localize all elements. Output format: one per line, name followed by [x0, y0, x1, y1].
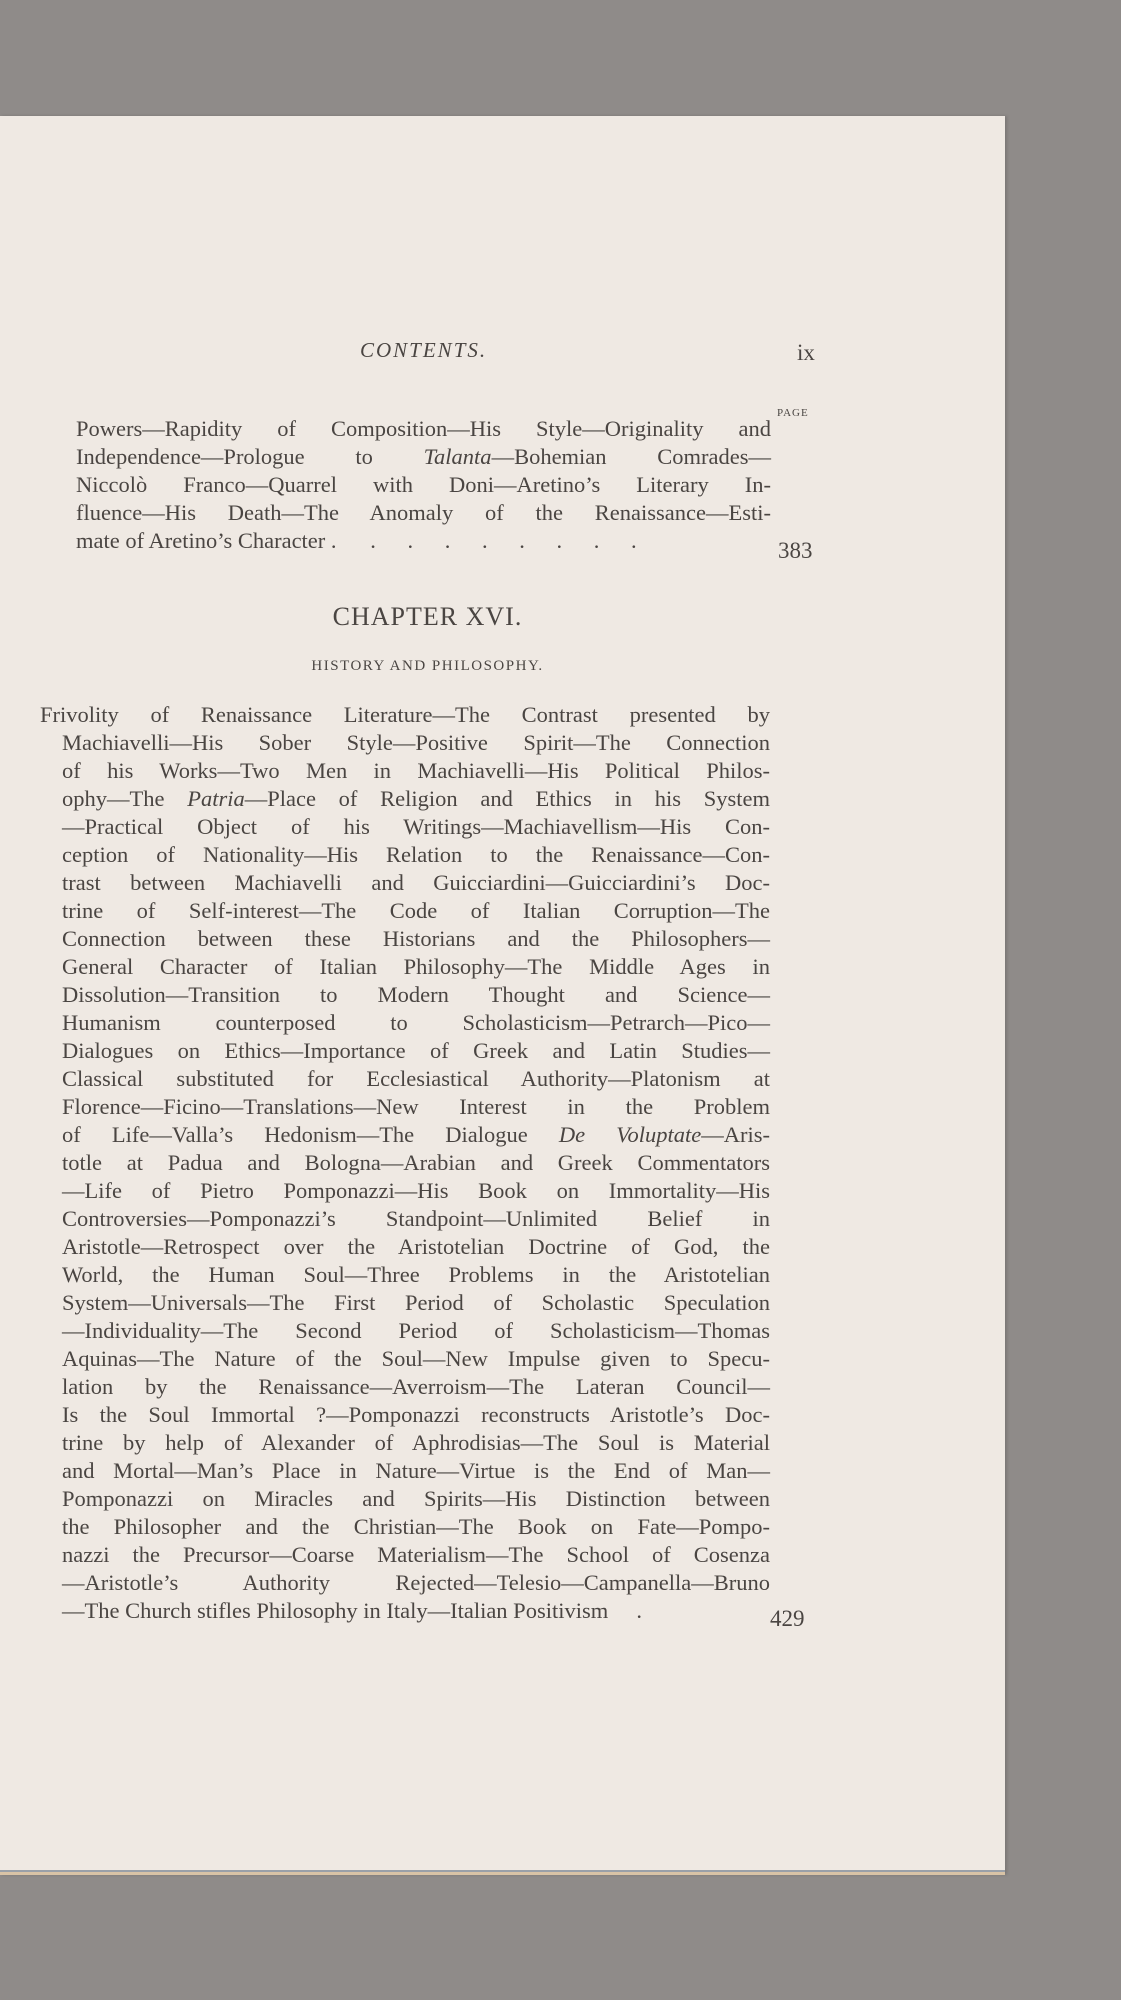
- toc-line: trine of Self-interest—The Code of Itali…: [62, 897, 770, 925]
- toc-line: totle at Padua and Bologna—Arabian and G…: [62, 1149, 770, 1177]
- toc-line: Aristotle—Retrospect over the Aristoteli…: [62, 1233, 770, 1261]
- toc-line: Machiavelli—His Sober Style—Positive Spi…: [62, 729, 770, 757]
- toc-line: of his Works—Two Men in Machiavelli—His …: [62, 757, 770, 785]
- toc-line: World, the Human Soul—Three Problems in …: [62, 1261, 770, 1289]
- toc-line: —Life of Pietro Pomponazzi—His Book on I…: [62, 1177, 770, 1205]
- toc-line: the Philosopher and the Christian—The Bo…: [62, 1513, 770, 1541]
- toc-line: Dissolution—Transition to Modern Thought…: [62, 981, 770, 1009]
- leader-dot: .: [636, 1598, 642, 1623]
- toc-entry-chapter-xvi: Machiavelli—His Sober Style—Positive Spi…: [62, 729, 770, 1625]
- toc-line: lation by the Renaissance—Averroism—The …: [62, 1373, 770, 1401]
- toc-line: Florence—Ficino—Translations—New Interes…: [62, 1093, 770, 1121]
- toc-line: —Individuality—The Second Period of Scho…: [62, 1317, 770, 1345]
- toc-line: Aquinas—The Nature of the Soul—New Impul…: [62, 1345, 770, 1373]
- toc-line: fluence—His Death—The Anomaly of the Ren…: [76, 499, 771, 527]
- italic-title: Talanta: [424, 444, 492, 469]
- toc-line: ophy—The Patria—Place of Religion and Et…: [62, 785, 770, 813]
- toc-entry-first-line: Frivolity of Renaissance Literature—The …: [40, 701, 770, 729]
- toc-line: —Aristotle’s Authority Rejected—Telesio—…: [62, 1569, 770, 1597]
- toc-line: Niccolò Franco—Quarrel with Doni—Aretino…: [76, 471, 771, 499]
- toc-page-number-429: 429: [770, 1606, 805, 1632]
- toc-line: trine by help of Alexander of Aphrodisia…: [62, 1429, 770, 1457]
- toc-line: System—Universals—The First Period of Sc…: [62, 1289, 770, 1317]
- toc-line: trast between Machiavelli and Guicciardi…: [62, 869, 770, 897]
- toc-line: General Character of Italian Philosophy—…: [62, 953, 770, 981]
- page-column-label: PAGE: [777, 407, 809, 419]
- toc-line: Classical substituted for Ecclesiastical…: [62, 1065, 770, 1093]
- toc-line: nazzi the Precursor—Coarse Materialism—T…: [62, 1541, 770, 1569]
- toc-line: Is the Soul Immortal ?—Pomponazzi recons…: [62, 1401, 770, 1429]
- toc-entry-chapter-xv-tail: Powers—Rapidity of Composition—His Style…: [76, 415, 771, 555]
- italic-title: Patria: [187, 786, 245, 811]
- toc-line: mate of Aretino’s Character . . . . . . …: [76, 527, 771, 555]
- folio-page-number: ix: [797, 340, 815, 366]
- leader-dots: . . . . . . . .: [370, 528, 636, 553]
- italic-title: De Voluptate: [559, 1122, 701, 1147]
- toc-line: ception of Nationality—His Relation to t…: [62, 841, 770, 869]
- toc-line: —Practical Object of his Writings—Machia…: [62, 813, 770, 841]
- toc-line: of Life—Valla’s Hedonism—The Dialogue De…: [62, 1121, 770, 1149]
- chapter-subtitle: HISTORY AND PHILOSOPHY.: [0, 658, 855, 675]
- toc-line: Humanism counterposed to Scholasticism—P…: [62, 1009, 770, 1037]
- toc-line: Controversies—Pomponazzi’s Standpoint—Un…: [62, 1205, 770, 1233]
- toc-line: and Mortal—Man’s Place in Nature—Virtue …: [62, 1457, 770, 1485]
- running-head: CONTENTS. ix: [0, 338, 1005, 368]
- chapter-heading: CHAPTER XVI.: [0, 602, 855, 632]
- toc-line: Independence—Prologue to Talanta—Bohemia…: [76, 443, 771, 471]
- toc-line: Connection between these Historians and …: [62, 925, 770, 953]
- toc-line: Powers—Rapidity of Composition—His Style…: [76, 415, 771, 443]
- toc-page-number-383: 383: [778, 538, 813, 564]
- toc-line: —The Church stifles Philosophy in Italy—…: [62, 1597, 770, 1625]
- toc-line: Pomponazzi on Miracles and Spirits—His D…: [62, 1485, 770, 1513]
- toc-line: Dialogues on Ethics—Importance of Greek …: [62, 1037, 770, 1065]
- running-title: CONTENTS.: [360, 338, 487, 363]
